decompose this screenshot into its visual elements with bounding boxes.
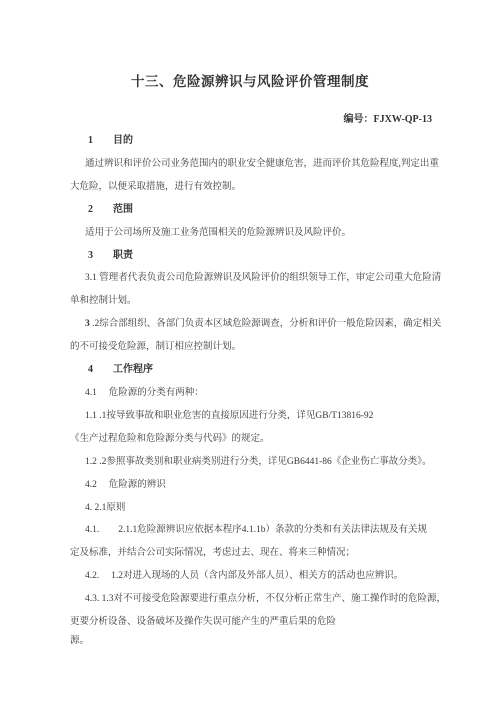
paragraph-line: 1.2 .2参照事故类别和职业病类别进行分类，详见GB6441-86《企业伤亡事… [70, 451, 460, 474]
paragraph-line: 4.1. 2.1.1危险源辨识应依据本程序4.1.1b）条款的分类和有关法律法规… [70, 519, 460, 542]
paragraph-line: 3.1 管理者代表负责公司危险源辨识及风险评价的组织领导工作，审定公司重大危险清 [70, 267, 460, 290]
paragraph-line: 4.1 危险源的分类有两种： [70, 382, 460, 405]
paragraph-line: 的不可接受危险源，制订相应控制计划。 [70, 336, 460, 359]
document-title: 十三、危险源辨识与风险评价管理制度 [0, 70, 500, 90]
paragraph-line: 大危险，以便采取措施，进行有效控制。 [70, 176, 460, 199]
paragraph-line: 《生产过程危险和危险源分类与代码》的规定。 [70, 428, 460, 451]
paragraph-line: 单和控制计划。 [70, 290, 460, 313]
paragraph-line: 适用于公司场所及施工业务范围相关的危险源辨识及风险评价。 [70, 222, 460, 245]
paragraph-line: 4.3. 1.3对不可接受危险源要进行重点分析，不仅分析正常生产、施工操作时的危… [70, 588, 460, 611]
paragraph-line: 定及标准，并结合公司实际情况，考虑过去、现在、将来三种情况； [70, 542, 460, 565]
paragraph-line: 源。 [70, 634, 460, 648]
section-heading-4: 4工作程序 [70, 359, 460, 382]
paragraph-line: 3 .2综合部组织、各部门负责本区域危险源调查，分析和评价一般危险因素，确定相关 [70, 313, 460, 336]
paragraph-line: 4. 2.1原则 [70, 497, 460, 520]
section-heading-1: 1目的 [70, 130, 460, 153]
clause-text: .2综合部组织、各部门负责本区域危险源调查，分析和评价一般危险因素，确定相关 [90, 319, 442, 329]
document-body: 1目的 通过辨识和评价公司业务范围内的职业安全健康危害，进而评价其危险程度,判定… [0, 130, 500, 648]
section-number: 1 [88, 130, 113, 153]
section-label: 职责 [113, 250, 133, 261]
section-number: 4 [88, 359, 113, 382]
section-heading-2: 2范围 [70, 199, 460, 222]
document-page: 十三、危险源辨识与风险评价管理制度 编号：FJXW-QP-13 1目的 通过辨识… [0, 0, 500, 707]
section-label: 范围 [113, 204, 133, 215]
section-number: 2 [88, 199, 113, 222]
document-number: 编号：FJXW-QP-13 [0, 110, 500, 125]
paragraph-line: 更要分析设备、设备破坏及操作失误可能产生的严重后果的危险 [70, 611, 460, 634]
section-label: 目的 [113, 135, 133, 146]
section-label: 工作程序 [113, 364, 153, 375]
paragraph-line: 通过辨识和评价公司业务范围内的职业安全健康危害，进而评价其危险程度,判定出重 [70, 153, 460, 176]
paragraph-line: 4.2. 1.2对进入现场的人员（含内部及外部人员）、相关方的活动也应辨识。 [70, 565, 460, 588]
paragraph-line: 1.1 .1按导致事故和职业危害的直接原因进行分类，详见GB/T13816-92 [70, 405, 460, 428]
paragraph-line: 4.2 危险源的辨识 [70, 474, 460, 497]
section-number: 3 [88, 245, 113, 268]
section-heading-3: 3职责 [70, 245, 460, 268]
